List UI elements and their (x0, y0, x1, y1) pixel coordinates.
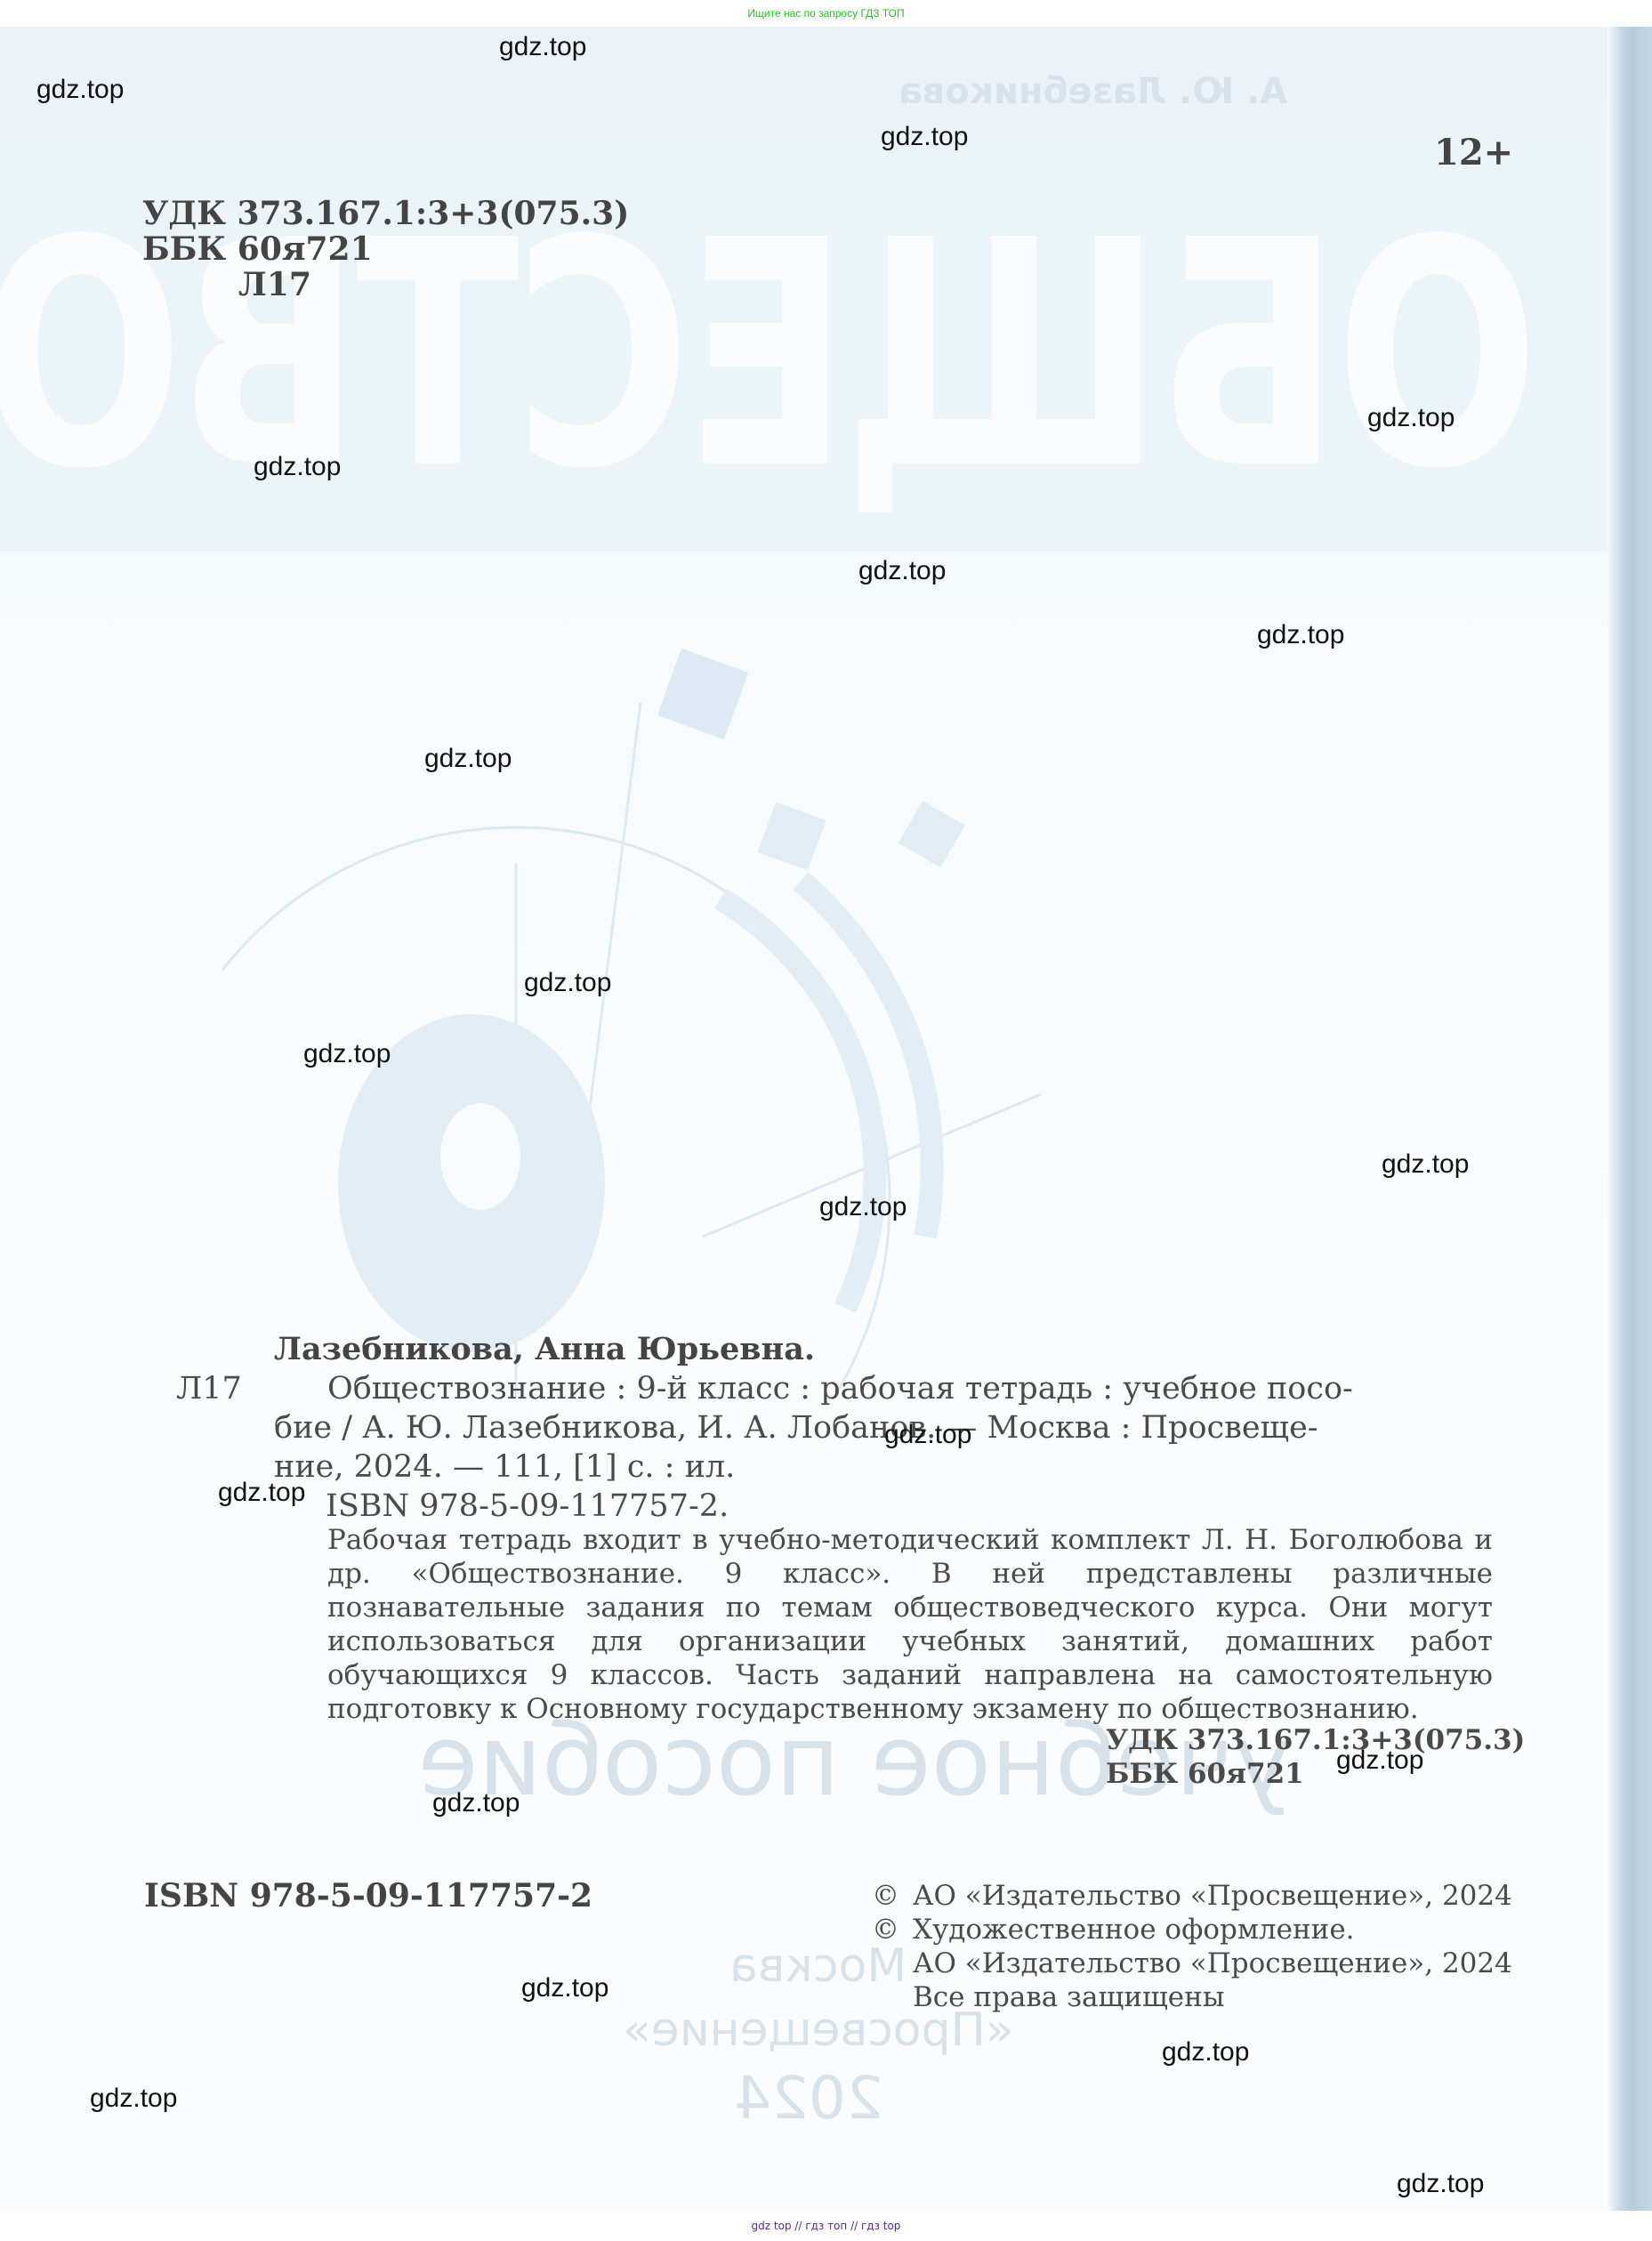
watermark: gdz.top (521, 1973, 608, 2003)
watermark: gdz.top (218, 1478, 305, 1508)
record-bbk: ББК 60я721 (1106, 1757, 1525, 1791)
ghost-authors-bleed: А. Ю. Лазебникова (899, 71, 1287, 112)
watermark: gdz.top (1162, 2037, 1249, 2068)
record-author-mark: Л17 (176, 1369, 242, 1408)
author-heading: Лазебникова, Анна Юрьевна. (176, 1330, 1493, 1369)
record-line-1: Л17 Обществознание : 9-й класс : рабочая… (176, 1369, 1493, 1408)
page-spine-shadow (1608, 27, 1652, 2211)
copyright-line-3: АО «Издательство «Просвещение», 2024 (872, 1947, 1512, 1980)
watermark: gdz.top (432, 1788, 520, 1818)
watermark: gdz.top (36, 75, 124, 105)
record-line-2: бие / А. Ю. Лазебникова, И. А. Лобанов. … (176, 1408, 1493, 1447)
record-classification: УДК 373.167.1:3+3(075.3) ББК 60я721 (1106, 1723, 1525, 1791)
watermark: gdz.top (1336, 1745, 1423, 1776)
watermark: gdz.top (424, 744, 512, 774)
record-isbn: ISBN 978-5-09-117757-2. (176, 1487, 1493, 1526)
cover-illustration-bleed-icon (222, 596, 1112, 1397)
watermark: gdz.top (524, 968, 611, 998)
copyright-line-2: ©Художественное оформление. (872, 1913, 1512, 1947)
watermark: gdz.top (1257, 620, 1344, 650)
watermark: gdz.top (303, 1039, 391, 1069)
bibliographic-record: Лазебникова, Анна Юрьевна. Л17 Обществоз… (176, 1330, 1493, 1526)
watermark: gdz.top (881, 122, 968, 152)
copyright-block: ©АО «Издательство «Просвещение», 2024 ©Х… (872, 1879, 1512, 2014)
watermark: gdz.top (90, 2084, 177, 2114)
book-page: ОБЩЕСТВОЗНАНИЕ А. Ю. Лазебникова учебное… (0, 27, 1652, 2211)
annotation-text: Рабочая тетрадь входит в учебно-методиче… (327, 1523, 1493, 1726)
annotation: Рабочая тетрадь входит в учебно-методиче… (327, 1523, 1493, 1726)
watermark: gdz.top (884, 1420, 971, 1450)
watermark: gdz.top (254, 452, 341, 482)
watermark: gdz.top (819, 1192, 907, 1222)
copyright-icon: © (872, 1879, 913, 1913)
copyright-line-4: Все права защищены (872, 1980, 1512, 2014)
top-banner[interactable]: Ищите нас по запросу ГДЗ ТОП (0, 0, 1652, 27)
watermark: gdz.top (1367, 403, 1455, 433)
author-mark: Л17 (142, 267, 629, 302)
header-classification: УДК 373.167.1:3+3(075.3) ББК 60я721 Л17 (142, 196, 629, 302)
udk-code: УДК 373.167.1:3+3(075.3) (142, 196, 629, 231)
copyright-icon: © (872, 1913, 913, 1947)
watermark: gdz.top (499, 32, 586, 62)
ghost-year-bleed: 2024 (734, 2064, 883, 2132)
record-line-3: ние, 2024. — 111, [1] с. : ил. (176, 1447, 1493, 1487)
footer-isbn: ISBN 978-5-09-117757-2 (144, 1877, 592, 1915)
record-udk: УДК 373.167.1:3+3(075.3) (1106, 1723, 1525, 1757)
bottom-banner[interactable]: gdz top // гдз топ // гдз top (0, 2211, 1652, 2241)
record-line-1-text: Обществознание : 9-й класс : рабочая тет… (327, 1371, 1353, 1407)
copyright-line-1: ©АО «Издательство «Просвещение», 2024 (872, 1879, 1512, 1913)
watermark: gdz.top (858, 556, 946, 586)
watermark: gdz.top (1382, 1149, 1469, 1180)
watermark: gdz.top (1397, 2169, 1484, 2199)
bbk-code: ББК 60я721 (142, 231, 629, 267)
age-rating: 12+ (1434, 132, 1513, 173)
